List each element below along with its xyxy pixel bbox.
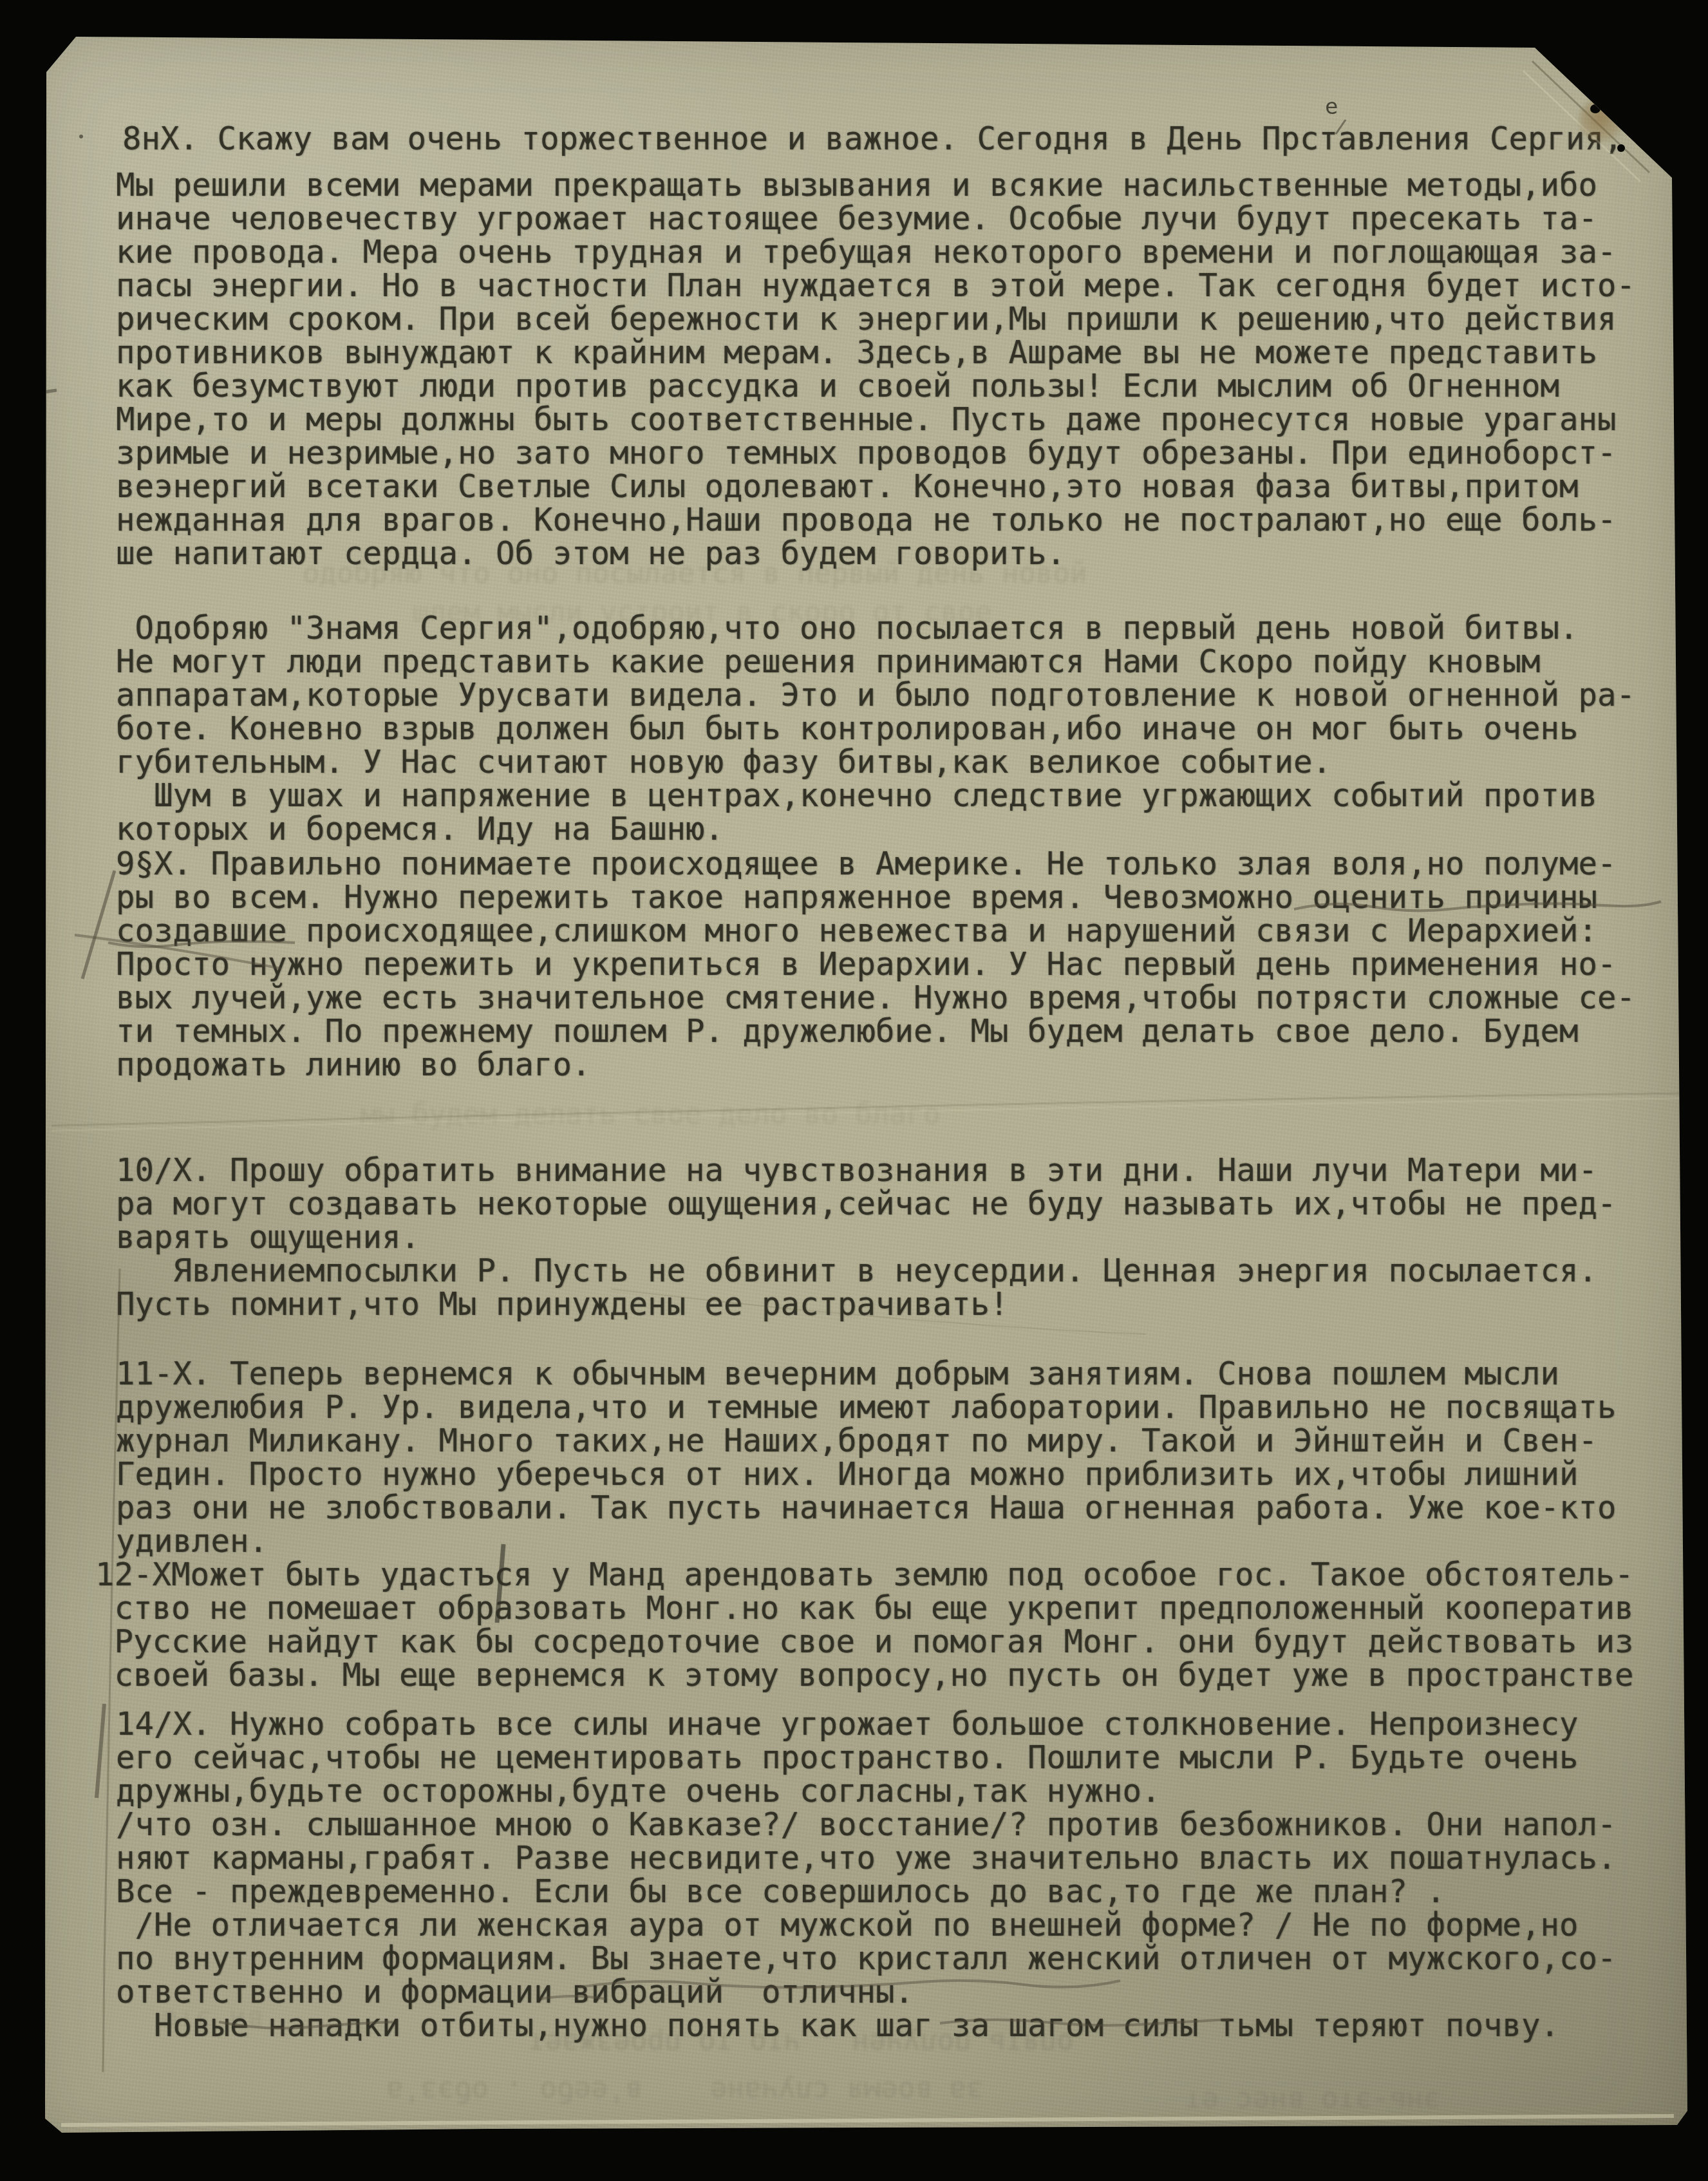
entry-9-october: 9§Х. Правильно понимаете происходящее в …	[116, 847, 1635, 1082]
entry-znamya-sergiya: Одобряю "Знамя Сергия",одобряю,что оно п…	[116, 612, 1635, 846]
document-page: одобряю что оно посылается в первый день…	[0, 0, 1708, 2181]
entry-10-october: 10/Х. Прошу обратить внимание на чувство…	[116, 1154, 1617, 1321]
ghost-text-mirrored: за воемя случане в'еебо . обэз'а	[386, 2075, 983, 2107]
paper-hole	[1617, 144, 1625, 152]
entry-8-october-body: Мы решили всеми мерами прекращать вызыва…	[116, 169, 1635, 571]
entry-14-october: 14/Х. Нужно собрать все силы иначе угрож…	[116, 1708, 1617, 2043]
scanner-background: одобряю что оно посылается в первый день…	[0, 0, 1708, 2181]
entry-8-october-heading: 8нХ. Скажу вам очень торжественное и важ…	[122, 122, 1623, 156]
entry-12-october: 12-ХМожет быть удастъся у Манд арендоват…	[95, 1558, 1634, 1692]
handwritten-insertion-letter: е	[1325, 94, 1338, 120]
paper-tear	[1539, 45, 1598, 99]
paper-hole	[1590, 104, 1600, 113]
ghost-text-mirrored: энь-это внес ет	[1185, 2085, 1440, 2117]
ghost-text: мы будем делать свое дело во благо	[361, 1099, 941, 1131]
entry-11-october: 11-Х. Теперь вернемся к обычным вечерним…	[116, 1357, 1617, 1558]
corner-stain	[1579, 98, 1628, 143]
